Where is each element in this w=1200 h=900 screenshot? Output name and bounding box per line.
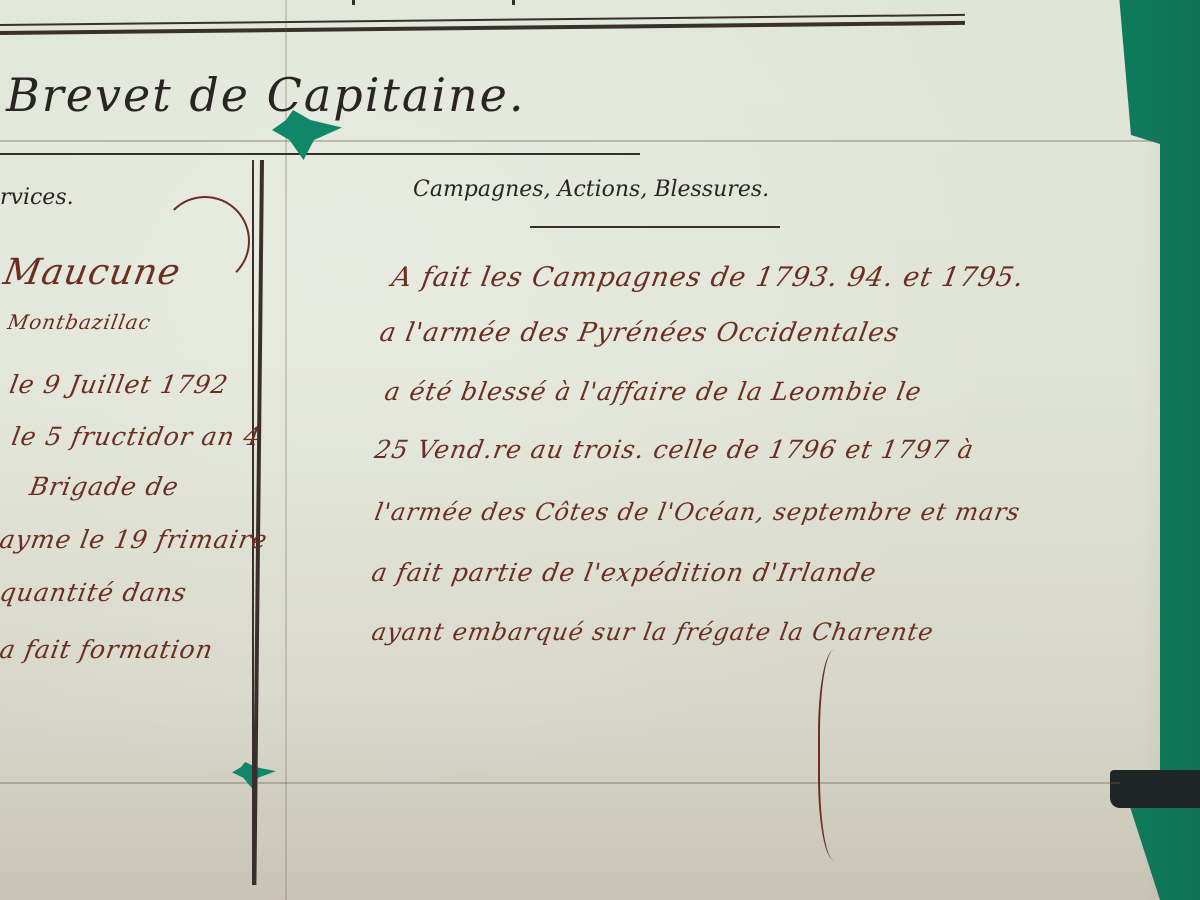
name-flourish <box>160 196 250 286</box>
left-entry-name: Maucune <box>0 252 184 293</box>
left-column-heading: rvices. <box>0 185 74 210</box>
right-entry-line-2: a l'armée des Pyrénées Occidentales <box>377 318 901 348</box>
right-entry-line-5: l'armée des Côtes de l'Océan, septembre … <box>373 498 1023 526</box>
left-entry-quality: quantité dans <box>0 578 189 607</box>
right-heading-underline <box>530 226 780 228</box>
right-entry-line-3: a été blessé à l'affaire de la Leombie l… <box>382 377 924 406</box>
left-entry-brigade: Brigade de <box>27 472 181 501</box>
top-tick-2 <box>512 0 515 5</box>
paper-shadow <box>1140 0 1200 900</box>
left-entry-date-1: le 9 Juillet 1792 <box>7 370 230 399</box>
left-entry-date-3: ayme le 19 frimaire <box>0 525 270 554</box>
title-underline <box>0 153 640 155</box>
left-entry-formation: a fait formation <box>0 635 216 664</box>
right-column-heading: Campagnes, Actions, Blessures. <box>413 177 769 202</box>
fold-horizontal-top <box>0 140 1160 142</box>
document-title: Brevet de Capitaine. <box>6 68 526 122</box>
right-entry-line-7: ayant embarqué sur la frégate la Charent… <box>370 618 937 646</box>
left-entry-place: Montbazillac <box>6 310 153 334</box>
right-entry-line-1: A fait les Campagnes de 1793. 94. et 179… <box>389 262 1027 293</box>
top-tick-1 <box>352 0 355 5</box>
fold-horizontal-bottom <box>0 782 1120 784</box>
right-entry-line-4: 25 Vend.re au trois. celle de 1796 et 17… <box>372 435 976 464</box>
torn-corner <box>1110 770 1200 808</box>
signature-flourish <box>818 650 858 860</box>
left-entry-date-2: le 5 fructidor an 4 <box>9 422 263 451</box>
right-entry-line-6: a fait partie de l'expédition d'Irlande <box>369 558 879 587</box>
